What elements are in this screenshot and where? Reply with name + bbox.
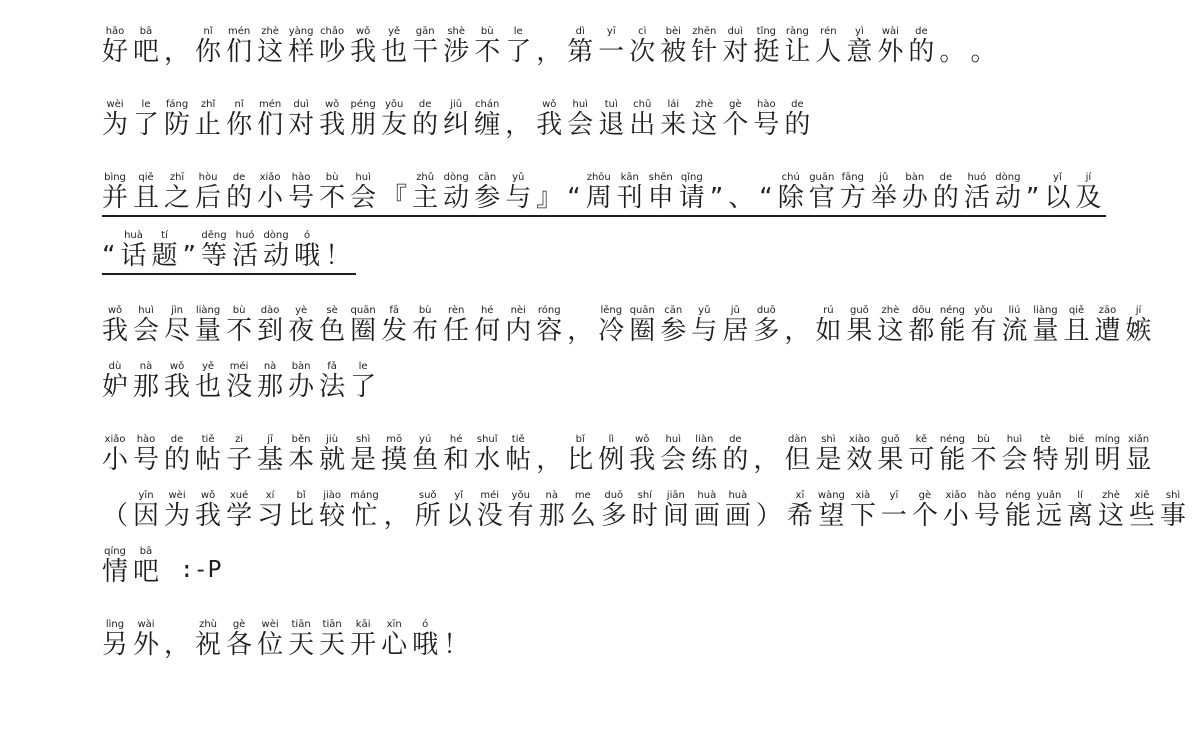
pinyin-annotation: zhè <box>257 26 283 37</box>
hanzi-char: 明míng <box>1095 445 1121 475</box>
pinyin-annotation: huó <box>232 230 258 241</box>
punctuation-char: ” <box>1026 183 1039 213</box>
pinyin-annotation: gè <box>912 490 938 501</box>
hanzi-char: 动dòng <box>263 241 289 271</box>
hanzi-char: 哦ó <box>412 630 438 660</box>
hanzi-char: 较jiào <box>319 501 345 531</box>
paragraph: 小xiǎo号hào的de帖tiě子zi基jī本běn就jiù是shì摸mō鱼yú… <box>102 434 1182 589</box>
hanzi-char: 样yàng <box>288 37 314 67</box>
pinyin-annotation: de <box>226 172 252 183</box>
pinyin-annotation: yè <box>288 305 314 316</box>
hanzi-char: 与yǔ <box>505 183 531 213</box>
pinyin-annotation: huì <box>133 305 159 316</box>
pinyin-annotation: chán <box>474 99 500 110</box>
pinyin-annotation: lì <box>598 434 624 445</box>
pinyin-annotation: huì <box>350 172 376 183</box>
pinyin-annotation: wǒ <box>164 361 190 372</box>
punctuation-char: 、 <box>728 183 754 213</box>
pinyin-annotation: chū <box>629 99 655 110</box>
hanzi-char: 任rèn <box>443 316 469 346</box>
pinyin-annotation: huà <box>694 490 720 501</box>
hanzi-char: 办bàn <box>288 372 314 402</box>
pinyin-annotation: hòu <box>195 172 221 183</box>
pinyin-annotation: nǐ <box>195 26 221 37</box>
hanzi-char: 的de <box>933 183 959 213</box>
hanzi-char: 号hào <box>133 445 159 475</box>
text-line: 小xiǎo号hào的de帖tiě子zi基jī本běn就jiù是shì摸mō鱼yú… <box>102 434 1182 477</box>
hanzi-char: 没méi <box>226 372 252 402</box>
pinyin-annotation: máng <box>350 490 379 501</box>
hanzi-char: 那nà <box>539 501 565 531</box>
pinyin-annotation: de <box>164 434 190 445</box>
pinyin-annotation: zi <box>226 434 252 445</box>
pinyin-annotation: mō <box>381 434 407 445</box>
pinyin-annotation: fáng <box>164 99 190 110</box>
hanzi-char: 吧bā <box>133 37 159 67</box>
pinyin-annotation: zhōu <box>586 172 612 183</box>
pinyin-annotation: de <box>908 26 934 37</box>
hanzi-char: 参cān <box>474 183 500 213</box>
text-run: （因yīn为wèi我wǒ学xué习xí比bǐ较jiào忙máng，所suǒ以yǐ… <box>102 490 1191 533</box>
punctuation-char: ， <box>384 501 410 531</box>
hanzi-char: 本běn <box>288 445 314 475</box>
pinyin-annotation: cān <box>474 172 500 183</box>
hanzi-char: 吧bā <box>133 557 159 587</box>
pinyin-annotation: nà <box>133 361 159 372</box>
hanzi-char: 了le <box>350 372 376 402</box>
hanzi-char: 来lái <box>660 110 686 140</box>
hanzi-char: 小xiǎo <box>257 183 283 213</box>
hanzi-char: 子zi <box>226 445 252 475</box>
pinyin-annotation: le <box>133 99 159 110</box>
text-line: （因yīn为wèi我wǒ学xué习xí比bǐ较jiào忙máng，所suǒ以yǐ… <box>102 490 1182 533</box>
hanzi-char: 官guān <box>809 183 835 213</box>
pinyin-annotation: yǐ <box>1044 172 1070 183</box>
pinyin-annotation: tǐng <box>753 26 779 37</box>
pinyin-annotation: yǔ <box>691 305 717 316</box>
pinyin-annotation: zhè <box>691 99 717 110</box>
hanzi-char: 各gè <box>226 630 252 660</box>
punctuation-char: ， <box>536 37 562 67</box>
paragraph: 并bìng且qiě之zhī后hòu的de小xiǎo号hào不bù会huì『主zh… <box>102 172 1182 275</box>
hanzi-char: 方fāng <box>840 183 866 213</box>
hanzi-char: 我wǒ <box>536 110 562 140</box>
pinyin-annotation: shuǐ <box>474 434 500 445</box>
hanzi-char: 退tuì <box>598 110 624 140</box>
pinyin-annotation: cān <box>660 305 686 316</box>
paragraph: 我wǒ会huì尽jìn量liàng不bù到dào夜yè色sè圈quān发fā布b… <box>102 305 1182 404</box>
pinyin-annotation: dōu <box>908 305 934 316</box>
paragraph: 为wèi了le防fáng止zhǐ你nǐ们mén对duì我wǒ朋péng友yǒu的… <box>102 99 1182 142</box>
hanzi-char: 的de <box>226 183 252 213</box>
pinyin-annotation: lái <box>660 99 686 110</box>
hanzi-char: 时shí <box>632 501 658 531</box>
text-line: 我wǒ会huì尽jìn量liàng不bù到dào夜yè色sè圈quān发fā布b… <box>102 305 1182 348</box>
hanzi-char: 也yě <box>195 372 221 402</box>
hanzi-char: 多duō <box>601 501 627 531</box>
hanzi-char: 了le <box>133 110 159 140</box>
hanzi-char: 干gān <box>412 37 438 67</box>
hanzi-char: 画huà <box>725 501 751 531</box>
hanzi-char: 妒dù <box>102 372 128 402</box>
pinyin-annotation: bā <box>133 26 159 37</box>
hanzi-char: 学xué <box>226 501 252 531</box>
pinyin-annotation: dòng <box>995 172 1021 183</box>
hanzi-char: 量liàng <box>1032 316 1058 346</box>
hanzi-char: 我wǒ <box>629 445 655 475</box>
pinyin-annotation: méi <box>477 490 503 501</box>
hanzi-char: 人rén <box>815 37 841 67</box>
pinyin-annotation: tiān <box>319 619 345 630</box>
pinyin-annotation: huì <box>660 434 686 445</box>
pinyin-annotation: bù <box>226 305 252 316</box>
pinyin-annotation: huà <box>120 230 146 241</box>
hanzi-char: 我wǒ <box>164 372 190 402</box>
pinyin-annotation: xiē <box>1129 490 1155 501</box>
hanzi-char: 题tí <box>152 241 178 271</box>
hanzi-char: 基jī <box>257 445 283 475</box>
pinyin-annotation: péng <box>350 99 376 110</box>
pinyin-annotation: néng <box>939 434 965 445</box>
pinyin-annotation: rú <box>815 305 841 316</box>
hanzi-char: 忙máng <box>350 501 379 531</box>
pinyin-annotation: lěng <box>598 305 624 316</box>
hanzi-char: 一yī <box>881 501 907 531</box>
pinyin-annotation: sè <box>319 305 345 316</box>
pinyin-annotation: shì <box>350 434 376 445</box>
pinyin-annotation: děng <box>201 230 227 241</box>
text-line: 妒dù那nà我wǒ也yě没méi那nà办bàn法fǎ了le <box>102 361 1182 404</box>
text-run: 为wèi了le防fáng止zhǐ你nǐ们mén对duì我wǒ朋péng友yǒu的… <box>102 99 815 142</box>
pinyin-annotation: huó <box>964 172 990 183</box>
pinyin-annotation: de <box>722 434 748 445</box>
hanzi-char: 次cì <box>629 37 655 67</box>
hanzi-char: 申shēn <box>648 183 674 213</box>
hanzi-char: 以yǐ <box>1044 183 1070 213</box>
pinyin-annotation: rén <box>815 26 841 37</box>
pinyin-annotation: dòng <box>263 230 289 241</box>
pinyin-annotation: guǒ <box>846 305 872 316</box>
hanzi-char: 以yǐ <box>446 501 472 531</box>
pinyin-annotation: wǒ <box>536 99 562 110</box>
hanzi-char: 天tiān <box>319 630 345 660</box>
hanzi-char: 除chú <box>778 183 804 213</box>
pinyin-annotation: kāi <box>350 619 376 630</box>
hanzi-char: 容róng <box>536 316 562 346</box>
pinyin-annotation: wèi <box>257 619 283 630</box>
hanzi-char: 且qiě <box>1063 316 1089 346</box>
hanzi-char: 意yì <box>846 37 872 67</box>
pinyin-annotation: xué <box>226 490 252 501</box>
hanzi-char: 一yī <box>598 37 624 67</box>
hanzi-char: 尽jìn <box>164 316 190 346</box>
hanzi-char: 鱼yú <box>412 445 438 475</box>
hanzi-char: 对duì <box>722 37 748 67</box>
hanzi-char: 那nà <box>133 372 159 402</box>
pinyin-annotation: kān <box>617 172 643 183</box>
hanzi-char: 有yǒu <box>970 316 996 346</box>
pinyin-annotation: hào <box>753 99 779 110</box>
hanzi-char: 因yīn <box>133 501 159 531</box>
hanzi-char: 动dòng <box>443 183 469 213</box>
hanzi-char: 了le <box>505 37 531 67</box>
hanzi-char: 不bù <box>474 37 500 67</box>
hanzi-char: 能néng <box>939 316 965 346</box>
hanzi-char: 活huó <box>964 183 990 213</box>
hanzi-char: 和hé <box>443 445 469 475</box>
paragraph: 另lìng外wài，祝zhù各gè位wèi天tiān天tiān开kāi心xīn哦… <box>102 619 1182 662</box>
hanzi-char: 量liàng <box>195 316 221 346</box>
hanzi-char: 布bù <box>412 316 438 346</box>
hanzi-char: 我wǒ <box>319 110 345 140</box>
hanzi-char: 个gè <box>912 501 938 531</box>
pinyin-annotation: shēn <box>648 172 674 183</box>
hanzi-char: 举jǔ <box>871 183 897 213</box>
hanzi-char: 哦ó <box>294 241 320 271</box>
pinyin-annotation: jí <box>1126 305 1152 316</box>
hanzi-char: 我wǒ <box>102 316 128 346</box>
hanzi-char: 办bàn <box>902 183 928 213</box>
hanzi-char: 么me <box>570 501 596 531</box>
hanzi-char: 号hào <box>974 501 1000 531</box>
pinyin-annotation: bǐ <box>567 434 593 445</box>
hanzi-char: 发fā <box>381 316 407 346</box>
pinyin-annotation: shì <box>815 434 841 445</box>
hanzi-char: 之zhī <box>164 183 190 213</box>
hanzi-char: 会huì <box>350 183 376 213</box>
pinyin-annotation: dào <box>257 305 283 316</box>
pinyin-annotation: ó <box>294 230 320 241</box>
hanzi-char: 圈quān <box>629 316 655 346</box>
pinyin-annotation: de <box>412 99 438 110</box>
hanzi-char: 能néng <box>1005 501 1031 531</box>
pinyin-annotation: hào <box>974 490 1000 501</box>
pinyin-annotation: cì <box>629 26 655 37</box>
hanzi-char: 居jū <box>722 316 748 346</box>
pinyin-annotation: yì <box>846 26 872 37</box>
hanzi-char: 与yǔ <box>691 316 717 346</box>
hanzi-char: 果guǒ <box>846 316 872 346</box>
pinyin-annotation: tí <box>152 230 178 241</box>
hanzi-char: 我wǒ <box>195 501 221 531</box>
hanzi-char: 友yǒu <box>381 110 407 140</box>
pinyin-annotation: yǒu <box>508 490 534 501</box>
hanzi-char: 这zhè <box>257 37 283 67</box>
hanzi-char: 号hào <box>288 183 314 213</box>
pinyin-annotation: jìn <box>164 305 190 316</box>
hanzi-char: 帖tiě <box>195 445 221 475</box>
text-line: 为wèi了le防fáng止zhǐ你nǐ们mén对duì我wǒ朋péng友yǒu的… <box>102 99 1182 142</box>
pinyin-annotation: fāng <box>840 172 866 183</box>
pinyin-annotation: bèi <box>660 26 686 37</box>
hanzi-char: 参cān <box>660 316 686 346</box>
pinyin-annotation: wài <box>877 26 903 37</box>
pinyin-annotation: guǒ <box>877 434 903 445</box>
pinyin-annotation: me <box>570 490 596 501</box>
hanzi-char: 何hé <box>474 316 500 346</box>
hanzi-char: 被bèi <box>660 37 686 67</box>
pinyin-annotation: gè <box>226 619 252 630</box>
pinyin-annotation: liàn <box>691 434 717 445</box>
pinyin-annotation: wàng <box>818 490 845 501</box>
punctuation-char: ， <box>164 630 190 660</box>
pinyin-annotation: duì <box>288 99 314 110</box>
hanzi-char: 外wài <box>133 630 159 660</box>
hanzi-char: 显xiǎn <box>1126 445 1152 475</box>
pinyin-annotation: hào <box>133 434 159 445</box>
text-run: 情qíng吧bā :-P <box>102 546 221 589</box>
pinyin-annotation: jiào <box>319 490 345 501</box>
hanzi-char: 夜yè <box>288 316 314 346</box>
pinyin-annotation: quān <box>629 305 655 316</box>
hanzi-char: 帖tiě <box>505 445 531 475</box>
pinyin-annotation: ràng <box>784 26 810 37</box>
hanzi-char: 可kě <box>908 445 934 475</box>
punctuation-char: “ <box>102 241 115 271</box>
hanzi-char: 这zhè <box>1098 501 1124 531</box>
pinyin-annotation: wǒ <box>195 490 221 501</box>
pinyin-annotation: le <box>505 26 531 37</box>
pinyin-annotation: jū <box>722 305 748 316</box>
punctuation-char: ， <box>753 445 779 475</box>
pinyin-annotation: gè <box>722 99 748 110</box>
hanzi-char: 法fǎ <box>319 372 345 402</box>
pinyin-annotation: yě <box>381 26 407 37</box>
hanzi-char: 止zhǐ <box>195 110 221 140</box>
hanzi-char: 这zhè <box>877 316 903 346</box>
hanzi-char: 没méi <box>477 501 503 531</box>
text-line: 好hǎo吧bā，你nǐ们mén这zhè样yàng吵chǎo我wǒ也yě干gān涉… <box>102 26 1182 69</box>
hanzi-char: 活huó <box>232 241 258 271</box>
pinyin-annotation: běn <box>288 434 314 445</box>
pinyin-annotation: yǒu <box>970 305 996 316</box>
pinyin-annotation: ó <box>412 619 438 630</box>
pinyin-annotation: yuǎn <box>1036 490 1062 501</box>
hanzi-char: 特tè <box>1032 445 1058 475</box>
pinyin-annotation: yī <box>881 490 907 501</box>
text-line: 情qíng吧bā :-P <box>102 546 1182 589</box>
hanzi-char: 刊kān <box>617 183 643 213</box>
hanzi-char: 我wǒ <box>350 37 376 67</box>
hanzi-char: 比bǐ <box>288 501 314 531</box>
pinyin-annotation: bù <box>319 172 345 183</box>
pinyin-annotation: mén <box>257 99 283 110</box>
hanzi-char: 下xià <box>850 501 876 531</box>
text-line: “话huà题tí”等děng活huó动dòng哦ó！ <box>102 230 1182 275</box>
hanzi-char: 遭zāo <box>1095 316 1121 346</box>
hanzi-char: 心xīn <box>381 630 407 660</box>
hanzi-char: 好hǎo <box>102 37 128 67</box>
hanzi-char: 别bié <box>1063 445 1089 475</box>
pinyin-annotation: shì <box>1160 490 1186 501</box>
hanzi-char: 为wèi <box>164 501 190 531</box>
hanzi-char: 但dàn <box>784 445 810 475</box>
pinyin-annotation: dì <box>567 26 593 37</box>
pinyin-annotation: liàng <box>195 305 221 316</box>
text-run: 妒dù那nà我wǒ也yě没méi那nà办bàn法fǎ了le <box>102 361 381 404</box>
pinyin-annotation: zhè <box>1098 490 1124 501</box>
hanzi-char: 小xiǎo <box>943 501 969 531</box>
hanzi-char: 会huì <box>660 445 686 475</box>
hanzi-char: 个gè <box>722 110 748 140</box>
hanzi-char: 话huà <box>120 241 146 271</box>
hanzi-char: 希xī <box>787 501 813 531</box>
pinyin-annotation: míng <box>1095 434 1121 445</box>
hanzi-char: 也yě <box>381 37 407 67</box>
hanzi-char: 效xiào <box>846 445 872 475</box>
hanzi-char: 周zhōu <box>586 183 612 213</box>
pinyin-annotation: xiǎo <box>943 490 969 501</box>
pinyin-annotation: fā <box>381 305 407 316</box>
pinyin-annotation: hào <box>288 172 314 183</box>
pinyin-annotation: suǒ <box>415 490 441 501</box>
hanzi-char: 到dào <box>257 316 283 346</box>
pinyin-annotation: néng <box>939 305 965 316</box>
hanzi-char: 你nǐ <box>226 110 252 140</box>
pinyin-annotation: hǎo <box>102 26 128 37</box>
pinyin-annotation: méi <box>226 361 252 372</box>
hanzi-char: 那nà <box>257 372 283 402</box>
punctuation-char: ， <box>164 37 190 67</box>
punctuation-char: ” <box>183 241 196 271</box>
pinyin-annotation: yǐ <box>446 490 472 501</box>
hanzi-char: 如rú <box>815 316 841 346</box>
hanzi-char: 事shì <box>1160 501 1186 531</box>
pinyin-annotation: wǒ <box>319 99 345 110</box>
pinyin-annotation: xí <box>257 490 283 501</box>
hanzi-char: 是shì <box>350 445 376 475</box>
pinyin-annotation: róng <box>536 305 562 316</box>
hanzi-char: 们mén <box>226 37 252 67</box>
pinyin-annotation: xiǎo <box>102 434 128 445</box>
hanzi-char: 主zhǔ <box>412 183 438 213</box>
pinyin-annotation: dòng <box>443 172 469 183</box>
pinyin-annotation: zhǔ <box>412 172 438 183</box>
hanzi-char: 会huì <box>1001 445 1027 475</box>
pinyin-annotation: wèi <box>164 490 190 501</box>
text-line: 并bìng且qiě之zhī后hòu的de小xiǎo号hào不bù会huì『主zh… <box>102 172 1182 217</box>
punctuation-char: （ <box>102 501 128 531</box>
hanzi-char: 间jiān <box>663 501 689 531</box>
pinyin-annotation: bié <box>1063 434 1089 445</box>
hanzi-char: 的de <box>722 445 748 475</box>
hanzi-char: 多duō <box>753 316 779 346</box>
punctuation-char: ， <box>567 316 593 346</box>
hanzi-char: 缠chán <box>474 110 500 140</box>
hanzi-char: 是shì <box>815 445 841 475</box>
hanzi-char: 离lí <box>1067 501 1093 531</box>
pinyin-annotation: lìng <box>102 619 128 630</box>
text-run: 另lìng外wài，祝zhù各gè位wèi天tiān天tiān开kāi心xīn哦… <box>102 619 474 662</box>
hanzi-char: 及jí <box>1075 183 1101 213</box>
pinyin-annotation: jiù <box>319 434 345 445</box>
pinyin-annotation: fǎ <box>319 361 345 372</box>
hanzi-char: 的de <box>164 445 190 475</box>
hanzi-char: 冷lěng <box>598 316 624 346</box>
pinyin-annotation: jiū <box>443 99 469 110</box>
pinyin-annotation: dàn <box>784 434 810 445</box>
punctuation-char: ， <box>784 316 810 346</box>
hanzi-char: 天tiān <box>288 630 314 660</box>
hanzi-char: 且qiě <box>133 183 159 213</box>
hanzi-char: 有yǒu <box>508 501 534 531</box>
hanzi-char: 等děng <box>201 241 227 271</box>
hanzi-char: 内nèi <box>505 316 531 346</box>
hanzi-char: 挺tǐng <box>753 37 779 67</box>
text-run: 我wǒ会huì尽jìn量liàng不bù到dào夜yè色sè圈quān发fā布b… <box>102 305 1157 348</box>
hanzi-char: 所suǒ <box>415 501 441 531</box>
text-line: 另lìng外wài，祝zhù各gè位wèi天tiān天tiān开kāi心xīn哦… <box>102 619 1182 662</box>
